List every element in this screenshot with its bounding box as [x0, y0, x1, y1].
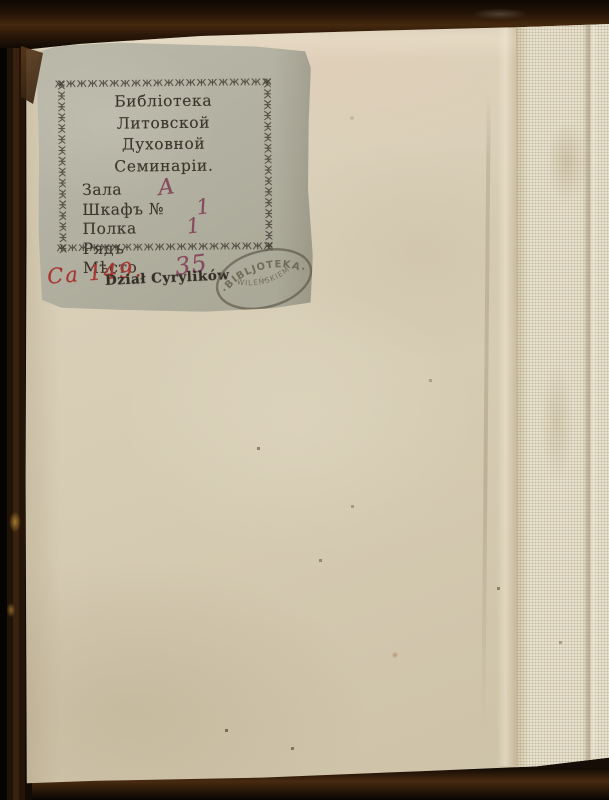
handwritten-value: 1: [185, 213, 202, 239]
border-ornament-right: ЖЖЖЖЖЖЖЖЖЖЖЖЖЖЖЖЖЖЖЖ: [261, 78, 273, 252]
paper-crease: [481, 95, 491, 735]
bookplate-title-line2: Духовной Семинаріи.: [70, 133, 258, 178]
field-row-hall: Зала A: [82, 179, 258, 200]
bookplate-text: Библіотека Литовской Духовной Семинаріи.…: [69, 90, 259, 244]
field-label: Шкафъ №: [82, 200, 164, 219]
border-ornament-top: ЖЖЖЖЖЖЖЖЖЖЖЖЖЖЖЖЖЖЖЖЖЖЖЖЖЖ: [55, 78, 271, 90]
linen-hinge-strip: [516, 22, 609, 768]
field-label: Зала: [82, 181, 122, 199]
library-bookplate: ЖЖЖЖЖЖЖЖЖЖЖЖЖЖЖЖЖЖЖЖЖЖЖЖЖЖ ЖЖЖЖЖЖЖЖЖЖЖЖЖ…: [37, 41, 314, 314]
endpaper: ЖЖЖЖЖЖЖЖЖЖЖЖЖЖЖЖЖЖЖЖЖЖЖЖЖЖ ЖЖЖЖЖЖЖЖЖЖЖЖЖ…: [0, 0, 609, 800]
field-row-shelf: Полка 1: [82, 218, 258, 239]
field-row-cabinet: Шкафъ № 1: [82, 199, 258, 220]
field-label: Рядъ: [83, 239, 125, 257]
book-cover-scan: ЖЖЖЖЖЖЖЖЖЖЖЖЖЖЖЖЖЖЖЖЖЖЖЖЖЖ ЖЖЖЖЖЖЖЖЖЖЖЖЖ…: [0, 0, 609, 800]
handwritten-value: A: [157, 174, 177, 201]
field-label: Полка: [82, 219, 136, 238]
stamp-top-text: ·BIBLJOTEKA·: [216, 250, 310, 296]
border-ornament-left: ЖЖЖЖЖЖЖЖЖЖЖЖЖЖЖЖЖЖЖЖ: [55, 80, 67, 254]
svg-text:·BIBLJOTEKA·: ·BIBLJOTEKA·: [216, 250, 310, 296]
bookplate-title-line1: Библіотека Литовской: [69, 90, 257, 135]
bookplate-ornate-border: ЖЖЖЖЖЖЖЖЖЖЖЖЖЖЖЖЖЖЖЖЖЖЖЖЖЖ ЖЖЖЖЖЖЖЖЖЖЖЖЖ…: [55, 78, 273, 254]
paper-fold-band: [497, 24, 518, 766]
